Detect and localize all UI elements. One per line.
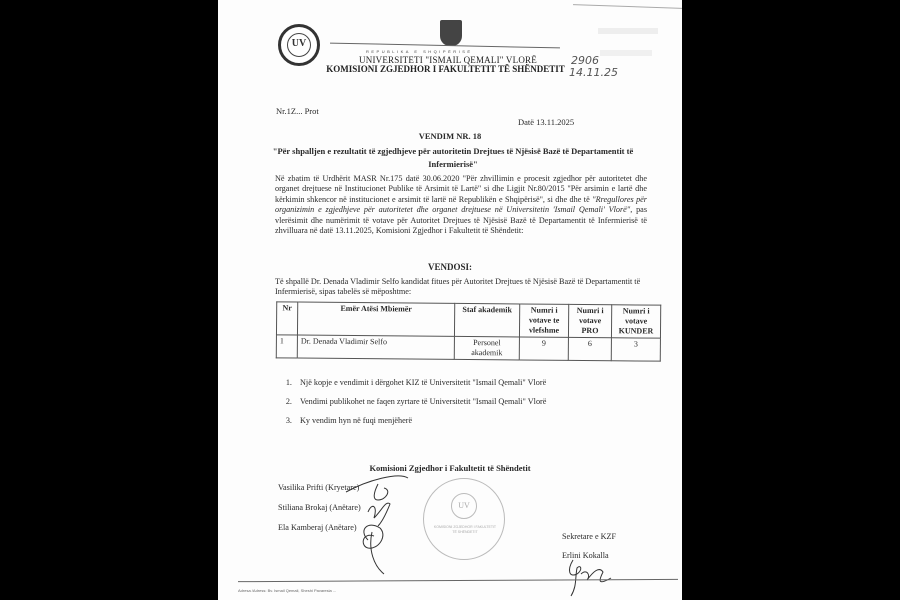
decision-subject: "Për shpalljen e rezultatit të zgjedhjev… xyxy=(263,145,643,171)
header-valid-votes: Numri i votave te vlefshme xyxy=(519,304,568,337)
header-name: Emër Atësi Mbiemër xyxy=(297,302,454,336)
faded-stamp-mark xyxy=(598,28,658,34)
cell-nr: 1 xyxy=(276,335,297,358)
decision-items: Një kopje e vendimit i dërgohet KIZ të U… xyxy=(278,378,654,435)
list-item: Ky vendim hyn në fuqi menjëherë xyxy=(294,416,654,425)
cell-name: Dr. Denada Vladimir Selfo xyxy=(297,335,454,359)
university-logo: UV xyxy=(278,24,320,66)
footer-address: Adresa /Adress: Bv. Ismail Qemali, Shesh… xyxy=(238,588,336,593)
list-item: Vendimi publikohet ne faqen zyrtare të U… xyxy=(294,397,654,406)
cell-staff: Personel akademik xyxy=(454,336,519,360)
decides-text: Të shpallë Dr. Denada Vladimir Selfo kan… xyxy=(275,277,647,298)
table-row: 1 Dr. Denada Vladimir Selfo Personel aka… xyxy=(276,335,660,361)
cell-valid-votes: 9 xyxy=(519,337,568,360)
commission-name: KOMISIONI ZGJEDHOR I FAKULTETIT TË SHËND… xyxy=(308,64,583,74)
cell-pro-votes: 6 xyxy=(568,337,611,360)
stamp-logo: UV xyxy=(451,493,477,519)
header-pro-votes: Numri i votave PRO xyxy=(568,304,611,337)
secretary-title: Sekretare e KZF xyxy=(562,532,616,541)
results-table: Nr Emër Atësi Mbiemër Staf akademik Numr… xyxy=(276,301,661,361)
protocol-number: Nr.1Z... Prot xyxy=(276,106,319,116)
official-stamp: UV KOMISIONI ZGJEDHOR I FAKULTETIT TË SH… xyxy=(423,478,505,560)
signature-icon xyxy=(338,470,418,580)
signatory-commission: Komisioni Zgjedhor i Fakultetit të Shënd… xyxy=(218,463,682,473)
header-staff: Staf akademik xyxy=(454,303,519,337)
decision-preamble: Në zbatim të Urdhërit MASR Nr.175 datë 3… xyxy=(275,174,647,236)
document-page: UV REPUBLIKA E SHQIPËRISË UNIVERSITETI "… xyxy=(218,0,682,600)
handwritten-registration-date: 14.11.25 xyxy=(569,66,618,79)
faded-stamp-mark xyxy=(600,50,652,56)
scan-artifact-line xyxy=(573,4,682,9)
document-date: Datë 13.11.2025 xyxy=(518,117,574,127)
secretary-signature-icon xyxy=(563,556,623,600)
logo-monogram: UV xyxy=(287,33,311,57)
table-header-row: Nr Emër Atësi Mbiemër Staf akademik Numr… xyxy=(276,302,660,338)
list-item: Një kopje e vendimit i dërgohet KIZ të U… xyxy=(294,378,654,387)
cell-against-votes: 3 xyxy=(611,338,660,361)
republic-label: REPUBLIKA E SHQIPËRISË xyxy=(366,49,473,54)
stamp-text: KOMISIONI ZGJEDHOR I FAKULTETIT TË SHËND… xyxy=(432,525,498,534)
albania-emblem-icon xyxy=(440,20,462,46)
decides-heading: VENDOSI: xyxy=(218,262,682,272)
header-nr: Nr xyxy=(276,302,297,335)
decision-title: VENDIM NR. 18 xyxy=(218,131,682,141)
header-against-votes: Numri i votave KUNDER xyxy=(611,305,660,338)
